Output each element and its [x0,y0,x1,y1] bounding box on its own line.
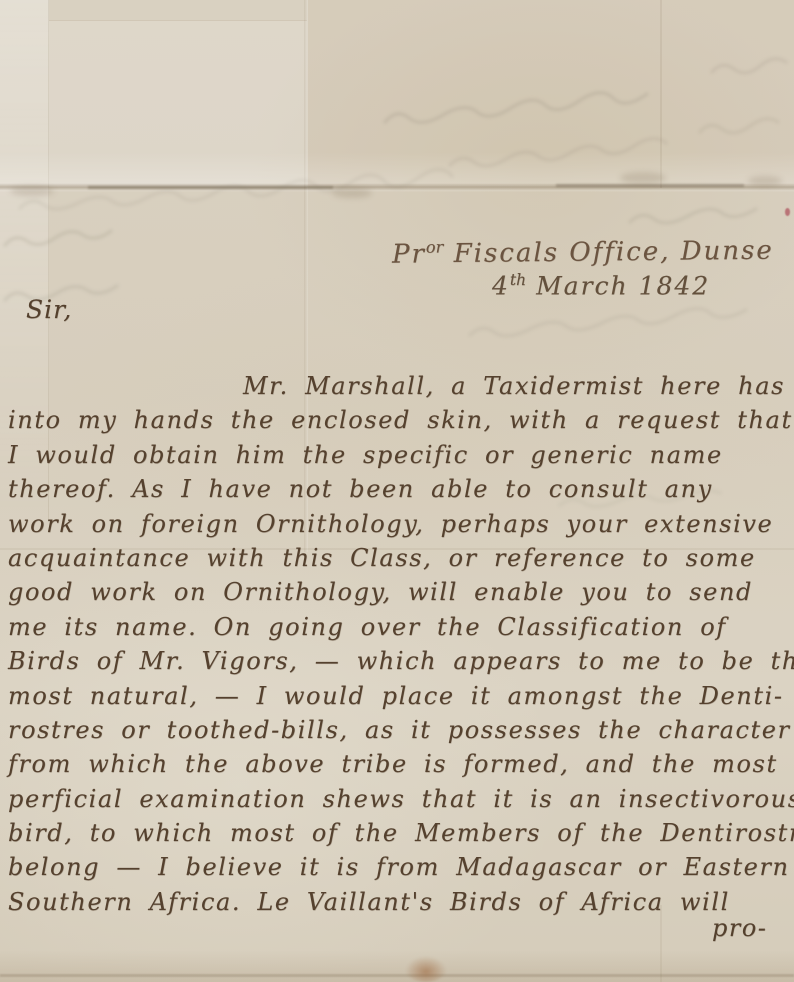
body-line: Southern Africa. Le Vaillant's Birds of … [8,885,786,919]
body-line: acquaintance with this Class, or referen… [8,541,786,575]
body-line: belong — I believe it is from Madagascar… [8,850,786,884]
office-abbrev: Pr [392,239,426,269]
ghost-line [450,139,666,166]
body-line: into my hands the enclosed skin, with a … [8,403,786,437]
ghost-line [630,209,756,223]
ghost-line [5,231,111,245]
letterhead-date-line: 4th March 1842 [492,271,710,300]
body-line: rostres or toothed-bills, as it possesse… [8,713,786,747]
body-line: work on foreign Ornithology, perhaps you… [8,507,786,541]
body-line: good work on Ornithology, will enable yo… [8,575,786,609]
catchword: pro- [712,914,767,942]
body-line: bird, to which most of the Members of th… [8,816,786,850]
letterhead-office-line: Pror Fiscals Office, Dunse [392,234,774,270]
ghost-line [20,169,452,209]
body-line: thereof. As I have not been able to cons… [8,472,786,506]
office-abbrev-superscript: or [426,237,444,256]
salutation: Sir, [26,295,72,324]
body-line: perficial examination shews that it is a… [8,782,786,816]
body-line: Birds of Mr. Vigors, — which appears to … [8,644,786,678]
office-name: Fiscals Office, Dunse [443,236,774,269]
ghost-line [470,309,746,336]
date-day: 4 [492,271,510,300]
body-line: Mr. Marshall, a Taxidermist here has put [8,369,786,403]
ghost-line [712,59,786,73]
ghost-line [700,119,778,133]
letter-page: Pror Fiscals Office, Dunse 4th March 184… [0,0,794,982]
body-line: from which the above tribe is formed, an… [8,747,786,781]
body-line: me its name. On going over the Classific… [8,610,786,644]
letter-body: Mr. Marshall, a Taxidermist here has put… [8,369,786,919]
date-month-year: March 1842 [526,271,710,300]
ghost-line [385,93,647,123]
body-line: I would obtain him the specific or gener… [8,438,786,472]
body-line: most natural, — I would place it amongst… [8,679,786,713]
date-ordinal-superscript: th [510,271,526,289]
